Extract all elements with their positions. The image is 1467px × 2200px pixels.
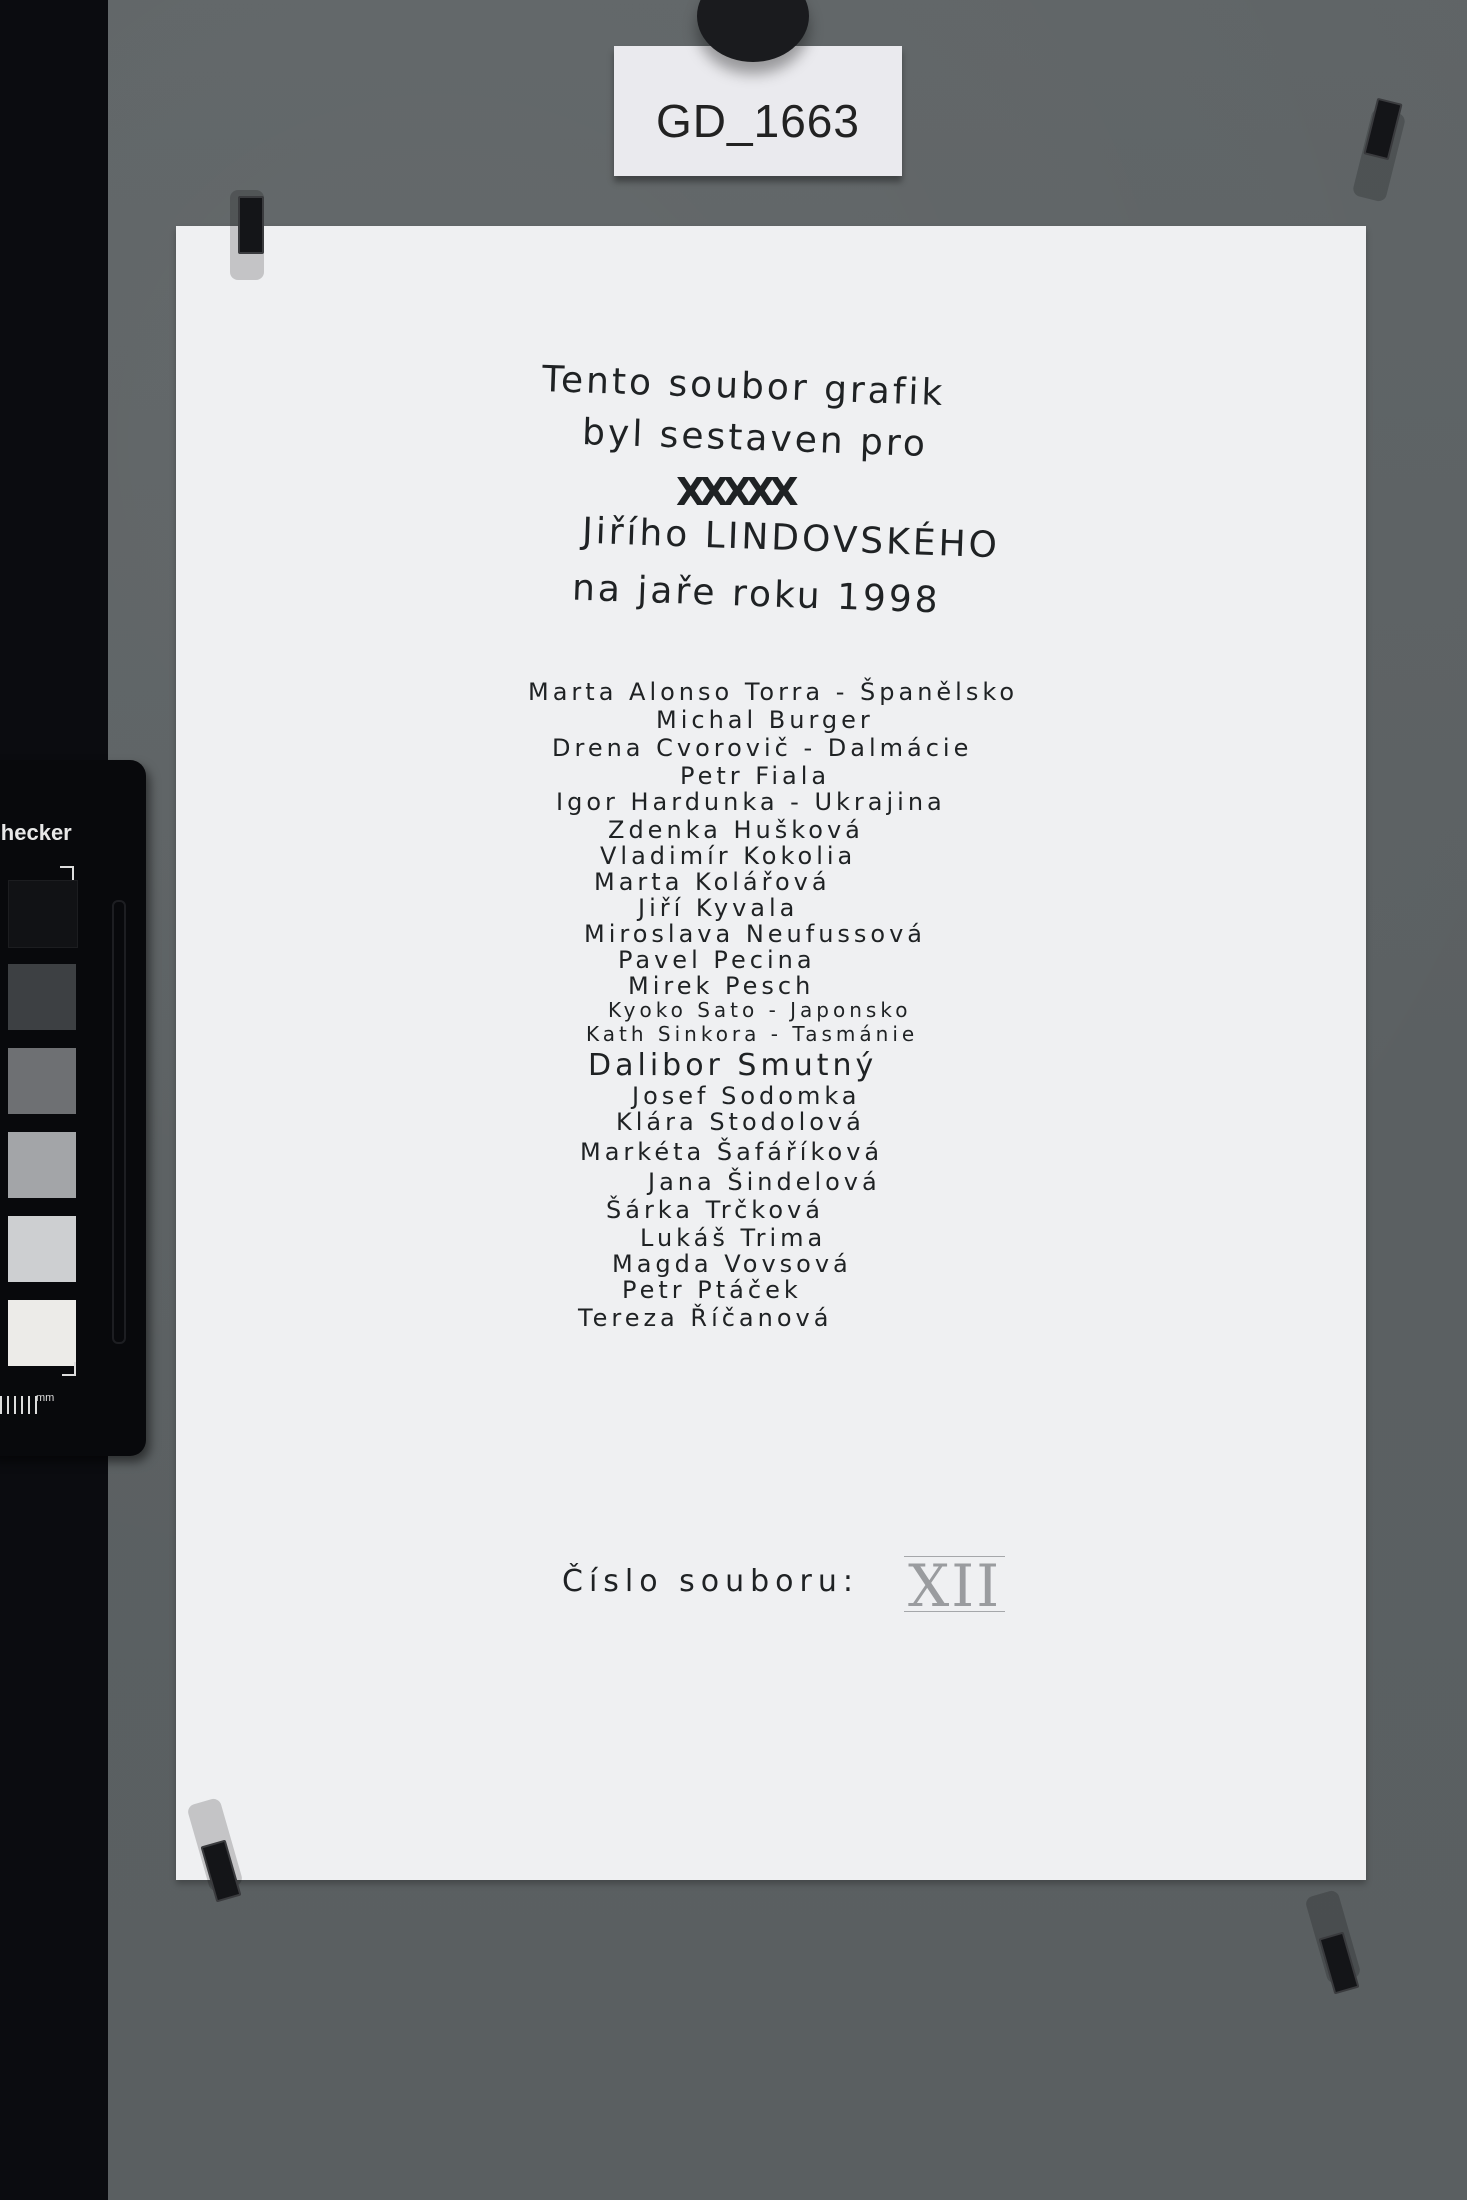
list-item: Tereza Říčanová <box>578 1304 832 1332</box>
list-item: Mirek Pesch <box>628 972 814 1000</box>
grey-patch-2 <box>8 964 76 1030</box>
list-item: Zdenka Hušková <box>608 816 864 844</box>
list-item: Michal Burger <box>656 706 874 734</box>
list-item: Marta Alonso Torra - Španělsko <box>528 678 1018 706</box>
list-item: Kath Sinkora - Tasmánie <box>586 1022 918 1046</box>
grey-patch-1 <box>8 880 78 948</box>
ruler-ticks <box>0 1396 40 1414</box>
list-item: Marta Kolářová <box>594 868 831 896</box>
set-number-label: Číslo souboru: <box>562 1564 859 1599</box>
list-item: Igor Hardunka - Ukrajina <box>556 788 946 816</box>
grey-patch-6 <box>8 1300 76 1366</box>
list-item: Petr Ptáček <box>622 1276 802 1304</box>
corner-mark-icon <box>60 866 74 880</box>
archive-id-label: GD_1663 <box>614 46 902 176</box>
heading-line-2: byl sestaven pro <box>581 412 928 465</box>
list-item: Pavel Pecina <box>618 946 816 974</box>
grey-patch-5 <box>8 1216 76 1282</box>
list-item: Klára Stodolová <box>616 1108 865 1136</box>
list-item: Magda Vovsová <box>612 1250 852 1278</box>
ruler-unit-label: mm <box>36 1392 54 1404</box>
grey-patch-3 <box>8 1048 76 1114</box>
heading-line-dedicatee: Jiřího LINDOVSKÉHO <box>581 511 1000 567</box>
corner-mark-icon <box>62 1362 76 1376</box>
list-item: Kyoko Sato - Japonsko <box>608 998 911 1022</box>
grey-patch-4 <box>8 1132 76 1198</box>
list-item: Petr Fiala <box>680 762 830 790</box>
list-item: Dalibor Smutný <box>588 1048 877 1083</box>
color-checker-card: rchecker mm <box>0 760 146 1456</box>
set-number-value: XII <box>908 1552 1001 1620</box>
list-item: Šárka Trčková <box>606 1196 824 1224</box>
list-item: Jiří Kyvala <box>638 894 798 922</box>
list-item: Markéta Šafáříková <box>580 1138 883 1166</box>
color-checker-brand: rchecker <box>0 820 72 846</box>
archive-id-text: GD_1663 <box>656 94 860 148</box>
heading-line-date: na jaře roku 1998 <box>571 568 941 622</box>
struck-out-name: XXXXX <box>676 470 793 514</box>
list-item: Drena Cvorovič - Dalmácie <box>552 734 972 762</box>
list-item: Vladimír Kokolia <box>600 842 856 870</box>
list-item: Josef Sodomka <box>632 1082 861 1110</box>
list-item: Miroslava Neufussová <box>584 920 926 948</box>
checker-rail <box>112 900 126 1344</box>
list-item: Lukáš Trima <box>640 1224 826 1252</box>
heading-line-1: Tento soubor grafik <box>541 359 946 414</box>
magnet-clip-icon <box>238 196 264 254</box>
document-sheet: Tento soubor grafik byl sestaven pro XXX… <box>176 226 1366 1880</box>
list-item: Jana Šindelová <box>648 1168 881 1196</box>
